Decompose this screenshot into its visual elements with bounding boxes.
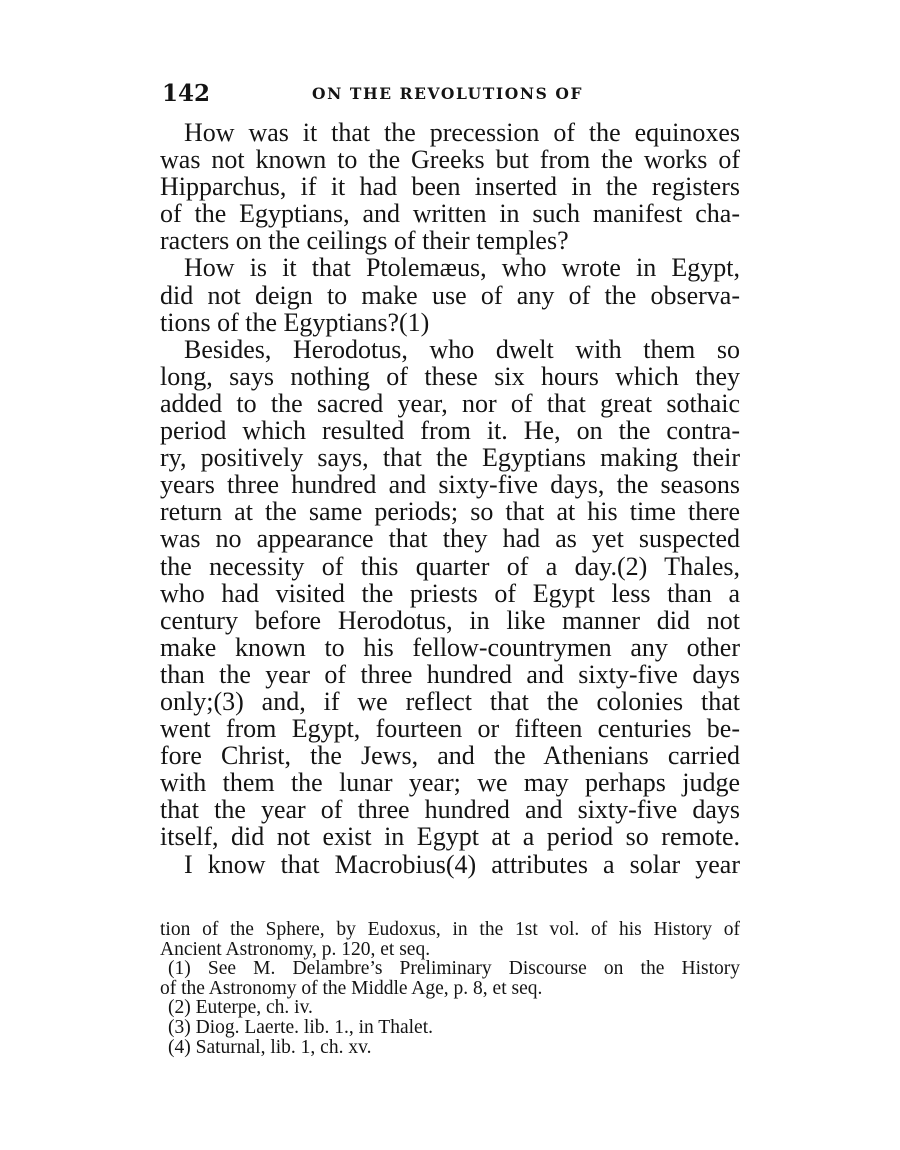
- body-text: How was it that the precession of the eq…: [160, 119, 740, 878]
- footnote-line: Ancient Astronomy, p. 120, et seq.: [160, 940, 740, 960]
- footnote-2: (2) Euterpe, ch. iv.: [160, 998, 740, 1018]
- footnote-line: of the Astronomy of the Middle Age, p. 8…: [160, 979, 740, 999]
- body-line: itself, did not exist in Egypt at a peri…: [160, 823, 740, 850]
- body-line: make known to his fellow-countrymen any …: [160, 634, 740, 661]
- body-line: years three hundred and sixty-five days,…: [160, 471, 740, 498]
- footnote-1: (1) See M. Delambre’s Preliminary Discou…: [160, 959, 740, 979]
- body-line: did not deign to make use of any of the …: [160, 282, 740, 309]
- body-line: return at the same periods; so that at h…: [160, 498, 740, 525]
- footnotes: tion of the Sphere, by Eudoxus, in the 1…: [160, 920, 740, 1057]
- body-line: tions of the Egyptians?(1): [160, 309, 740, 336]
- body-line: was not known to the Greeks but from the…: [160, 146, 740, 173]
- body-line: Hipparchus, if it had been inserted in t…: [160, 173, 740, 200]
- body-line: who had visited the priests of Egypt les…: [160, 580, 740, 607]
- body-line: that the year of three hundred and sixty…: [160, 796, 740, 823]
- body-line: only;(3) and, if we reflect that the col…: [160, 688, 740, 715]
- body-line: the necessity of this quarter of a day.(…: [160, 553, 740, 580]
- body-line: racters on the ceilings of their temples…: [160, 227, 740, 254]
- body-line: added to the sacred year, nor of that gr…: [160, 390, 740, 417]
- body-line: period which resulted from it. He, on th…: [160, 417, 740, 444]
- body-line: with them the lunar year; we may perhaps…: [160, 769, 740, 796]
- footnote-3: (3) Diog. Laerte. lib. 1., in Thalet.: [160, 1018, 740, 1038]
- body-line: I know that Macrobius(4) attributes a so…: [160, 851, 740, 878]
- body-line: than the year of three hundred and sixty…: [160, 661, 740, 688]
- body-line: How is it that Ptolemæus, who wrote in E…: [160, 254, 740, 281]
- body-line: Besides, Herodotus, who dwelt with them …: [160, 336, 740, 363]
- body-line: of the Egyptians, and written in such ma…: [160, 200, 740, 227]
- page-number: 142: [162, 80, 210, 107]
- running-title: ON THE REVOLUTIONS OF: [312, 84, 583, 103]
- running-header: 142 ON THE REVOLUTIONS OF: [162, 80, 742, 110]
- body-line: ry, positively says, that the Egyptians …: [160, 444, 740, 471]
- book-page: 142 ON THE REVOLUTIONS OF How was it tha…: [0, 0, 900, 1150]
- body-line: century before Herodotus, in like manner…: [160, 607, 740, 634]
- body-line: was no appearance that they had as yet s…: [160, 525, 740, 552]
- body-line: fore Christ, the Jews, and the Athenians…: [160, 742, 740, 769]
- body-line: long, says nothing of these six hours wh…: [160, 363, 740, 390]
- footnote-4: (4) Saturnal, lib. 1, ch. xv.: [160, 1038, 740, 1058]
- footnote-line: tion of the Sphere, by Eudoxus, in the 1…: [160, 920, 740, 940]
- body-line: How was it that the precession of the eq…: [160, 119, 740, 146]
- body-line: went from Egypt, fourteen or fifteen cen…: [160, 715, 740, 742]
